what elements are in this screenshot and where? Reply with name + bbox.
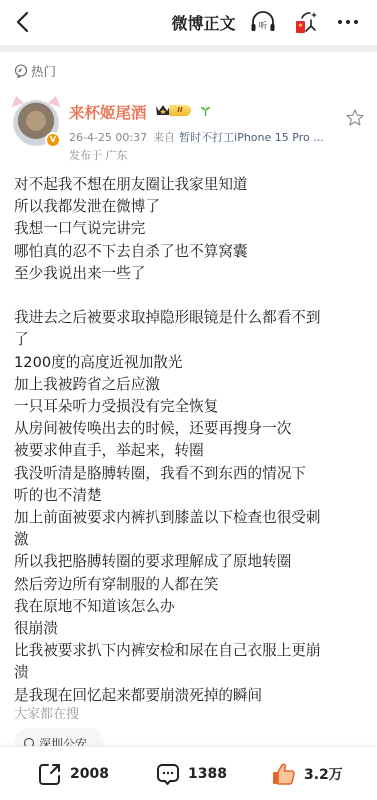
repost-icon xyxy=(37,761,63,787)
from-label: 来自 xyxy=(153,131,175,144)
post-line: 我没听清是胳膊转圈，我看不到东西的情况下 xyxy=(14,463,366,485)
post-line: 比我被要求扒下内裤安检和尿在自己衣服上更崩 xyxy=(14,640,366,662)
like-button[interactable]: 3.2万 xyxy=(271,761,343,787)
post-line: 加上我被跨省之后应激 xyxy=(14,374,366,396)
vip-level: II xyxy=(169,105,191,116)
post-line: 哪怕真的忍不下去自杀了也不算窝囊 xyxy=(14,241,366,263)
post-line: 对不起我不想在朋友圈让我家里知道 xyxy=(14,174,366,196)
more-options-button[interactable] xyxy=(334,8,362,36)
star-icon xyxy=(345,108,365,128)
post-line: 被要求伸直手，举起来，转圈 xyxy=(14,440,366,462)
post-line: 加上前面被要求内裤扒到膝盖以下检查也很受刺 xyxy=(14,507,366,529)
listen-button[interactable]: 听 xyxy=(249,8,277,36)
author-name[interactable]: 来杯姬尾酒 xyxy=(69,101,147,123)
hot-tag[interactable]: 热门 xyxy=(14,62,56,80)
post-line: 激 xyxy=(14,529,366,551)
post-line: 很崩溃 xyxy=(14,618,366,640)
post-location: 发布于 广东 xyxy=(69,147,128,163)
post-line: 我想一口气说完讲完 xyxy=(14,218,366,240)
post-meta: 26-4-25 00:37来自暂时不打工iPhone 15 Pro ... xyxy=(69,129,324,145)
avatar-frame-decoration xyxy=(10,95,62,109)
top-nav-bar: 微博正文 听 xyxy=(0,0,377,45)
post-line: 溃 xyxy=(14,662,366,684)
red-packet-icon xyxy=(293,8,321,36)
post-source[interactable]: 暂时不打工iPhone 15 Pro ... xyxy=(179,131,324,144)
svg-text:听: 听 xyxy=(259,21,268,32)
hot-topic-icon xyxy=(14,64,28,78)
listen-headphones-icon: 听 xyxy=(249,8,277,36)
post-line: 所以我把胳膊转圈的要求理解成了原地转圈 xyxy=(14,551,366,573)
post-body: 对不起我不想在朋友圈让我家里知道 所以我都发泄在微博了 我想一口气说完讲完 哪怕… xyxy=(14,174,366,707)
post-line: 至少我说出来一些了 xyxy=(14,263,366,285)
post-line: 所以我都发泄在微博了 xyxy=(14,196,366,218)
avatar[interactable]: V xyxy=(13,100,59,146)
more-icon xyxy=(334,8,362,36)
comment-count: 1388 xyxy=(188,766,227,782)
repost-button[interactable]: 2008 xyxy=(37,761,109,787)
post-line: 了 xyxy=(14,329,366,351)
red-packet-button[interactable] xyxy=(293,8,321,36)
comment-icon xyxy=(155,761,181,787)
trending-search-label: 大家都在搜 xyxy=(14,703,79,722)
user-badges: II xyxy=(155,103,212,117)
post-timestamp: 26-4-25 00:37 xyxy=(69,131,147,144)
verified-badge: V xyxy=(45,132,61,148)
hot-tag-label: 热门 xyxy=(31,62,56,80)
post-line: 一只耳朵听力受损没有完全恢复 xyxy=(14,396,366,418)
favorite-button[interactable] xyxy=(345,108,365,128)
like-count: 3.2万 xyxy=(304,764,343,784)
comment-button[interactable]: 1388 xyxy=(155,761,227,787)
sprout-icon xyxy=(199,104,212,117)
thumbs-up-icon xyxy=(271,761,297,787)
repost-count: 2008 xyxy=(70,766,109,782)
post-line: 我在原地不知道该怎么办 xyxy=(14,596,366,618)
author-header: V 来杯姬尾酒 II 26-4-25 00:37来自暂时不打工iPhone 15… xyxy=(0,96,377,164)
post-line: 我进去之后被要求取掉隐形眼镜是什么都看不到 xyxy=(14,307,366,329)
post-line: 从房间被传唤出去的时候，还要再搜身一次 xyxy=(14,418,366,440)
vip-badge[interactable]: II xyxy=(155,103,191,117)
action-bar: 2008 1388 3.2万 xyxy=(0,746,377,800)
post-line: 然后旁边所有穿制服的人都在笑 xyxy=(14,574,366,596)
post-line: 听的也不清楚 xyxy=(14,485,366,507)
post-line: 1200度的高度近视加散光 xyxy=(14,352,366,374)
post-line xyxy=(14,285,366,307)
header-divider xyxy=(0,45,377,52)
